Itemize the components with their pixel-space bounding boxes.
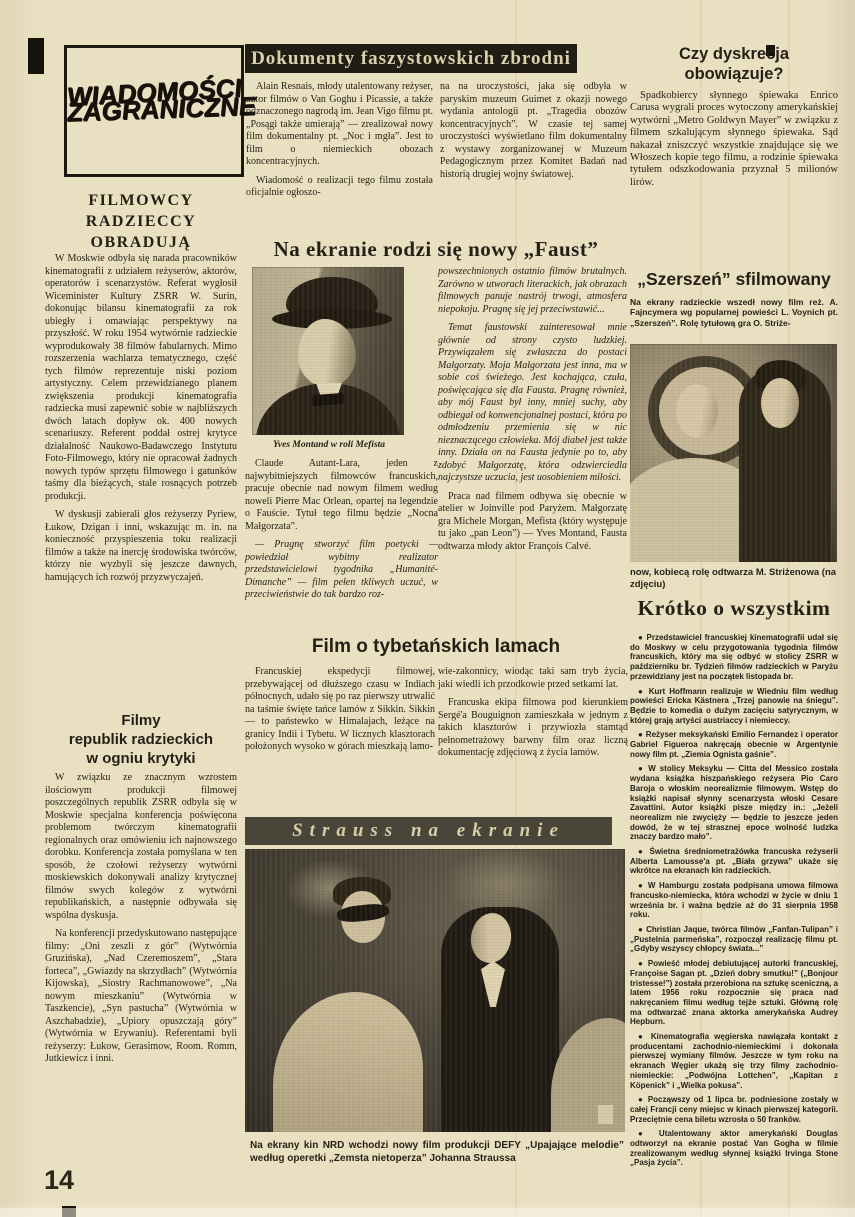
faust-col2: powszechnionych ostatnio filmów brutalny…: [438, 266, 627, 553]
newspaper-page: WIADOMOŚCI ZAGRANICZNE FILMOWCY RADZIECC…: [0, 0, 855, 1217]
shorts-list: ● Przedstawiciel francuskiej kinematogra…: [630, 633, 838, 1173]
paragraph: na na uroczystości, jaka się odbyła w pa…: [440, 81, 627, 181]
hornet-photo-caption: now, kobiecą rolę odtwarza M. Striżenowa…: [630, 567, 838, 590]
news-item: ● Powieść młodej debiutującej autorki fr…: [630, 959, 838, 1027]
title-line: Filmy: [45, 711, 237, 730]
news-item: ● Christian Jaque, twórca filmów „Fanfan…: [630, 925, 838, 954]
hornet-article-intro: Na ekrany radzieckie wszedł nowy film re…: [630, 297, 838, 328]
paragraph: Francuskiej ekspedycji filmowej, przebyw…: [245, 666, 435, 754]
strauss-photo-caption: Na ekrany kin NRD wchodzi nowy film prod…: [250, 1139, 624, 1165]
article-soviet-filmmakers-body: W Moskwie odbyła się narada pracowników …: [45, 253, 237, 584]
photo-grain: [252, 267, 404, 435]
photo-grain: [630, 344, 837, 562]
news-item: ● Reżyser meksykański Emilio Fernandez i…: [630, 730, 838, 759]
strauss-photo: [245, 849, 625, 1132]
news-item: ● W stolicy Meksyku — Citta del Messico …: [630, 764, 838, 842]
news-item: ● Kinematografia węgierska nawiązała kon…: [630, 1032, 838, 1090]
title-line: OBRADUJĄ: [45, 232, 237, 253]
news-item: ● Kurt Hoffmann realizuje w Wiedniu film…: [630, 687, 838, 726]
masthead-box: WIADOMOŚCI ZAGRANICZNE: [64, 45, 244, 177]
paragraph: — Pragnę stworzyć film poetycki — powied…: [245, 539, 438, 602]
discretion-article-title: Czy dyskrecja obowiązuje?: [630, 44, 838, 84]
article-soviet-filmmakers-title: FILMOWCY RADZIECCY OBRADUJĄ: [45, 190, 237, 253]
paragraph: W związku ze znacznym wzrostem ilościowy…: [45, 772, 237, 922]
news-item: ● Począwszy od 1 lipca br. podniesione z…: [630, 1095, 838, 1124]
paragraph: W dyskusji zabierali głos reżyserzy Pyri…: [45, 509, 237, 584]
faust-col1: Claude Autant-Lara, jeden z najwybitniej…: [245, 458, 438, 602]
article-republic-films-title: Filmy republik radzieckich w ogniu kryty…: [45, 711, 237, 768]
faust-photo-caption: Yves Montand w roli Mefista: [247, 440, 411, 450]
paragraph: Wiadomość o realizacji tego filmu został…: [246, 175, 433, 200]
strauss-banner: Strauss na ekranie: [245, 817, 612, 845]
fascist-docs-col2: na na uroczystości, jaka się odbyła w pa…: [440, 81, 627, 181]
paragraph: Claude Autant-Lara, jeden z najwybitniej…: [245, 458, 438, 533]
lamas-article-title: Film o tybetańskich lamach: [245, 636, 627, 658]
paragraph: W Moskwie odbyła się narada pracowników …: [45, 253, 237, 503]
title-line: FILMOWCY: [45, 190, 237, 211]
paragraph: Temat faustowski zainteresował mnie głów…: [438, 322, 627, 485]
title-line: RADZIECCY: [45, 211, 237, 232]
paragraph: powszechnionych ostatnio filmów brutalny…: [438, 266, 627, 316]
masthead-line2: ZAGRANICZNE: [66, 94, 242, 124]
photo-grain: [245, 849, 625, 1132]
hornet-photo: [630, 344, 837, 562]
scan-artifact-top-left: [28, 38, 44, 74]
shorts-section-title: Krótko o wszystkim: [630, 596, 838, 621]
fascist-docs-col1: Alain Resnais, młody utalentowany reżyse…: [246, 81, 433, 200]
hornet-article-title: „Szerszeń” sfilmowany: [628, 269, 840, 290]
news-item: ● Przedstawiciel francuskiej kinematogra…: [630, 633, 838, 682]
paragraph: Spadkobiercy słynnego śpiewaka Enrico Ca…: [630, 90, 838, 189]
paragraph: Praca nad filmem odbywa się obecnie w at…: [438, 491, 627, 554]
news-item: ● W Hamburgu została podpisana umowa fil…: [630, 881, 838, 920]
paragraph: Na konferencji przedyskutowano następują…: [45, 928, 237, 1066]
title-line: republik radzieckich: [45, 730, 237, 749]
news-item: ● Świetna średniometrażówka francuska re…: [630, 847, 838, 876]
scan-edge: [0, 1208, 855, 1217]
faust-photo: [252, 267, 404, 435]
title-line: w ogniu krytyki: [45, 749, 237, 768]
paragraph: wie-zakonnicy, wiodąc taki sam tryb życi…: [438, 666, 628, 691]
fascist-docs-banner: Dokumenty faszystowskich zbrodni: [245, 44, 577, 73]
paragraph: Francuska ekipa filmowa pod kierunkiem S…: [438, 697, 628, 760]
lamas-col1: Francuskiej ekspedycji filmowej, przebyw…: [245, 666, 435, 754]
lamas-col2: wie-zakonnicy, wiodąc taki sam tryb życi…: [438, 666, 628, 760]
page-number: 14: [44, 1165, 74, 1196]
faust-article-title: Na ekranie rodzi się nowy „Faust”: [245, 237, 627, 262]
article-republic-films-body: W związku ze znacznym wzrostem ilościowy…: [45, 772, 237, 1066]
news-item: ● Utalentowany aktor amerykański Douglas…: [630, 1129, 838, 1168]
paragraph: Alain Resnais, młody utalentowany reżyse…: [246, 81, 433, 169]
discretion-article-body: Spadkobiercy słynnego śpiewaka Enrico Ca…: [630, 90, 838, 189]
